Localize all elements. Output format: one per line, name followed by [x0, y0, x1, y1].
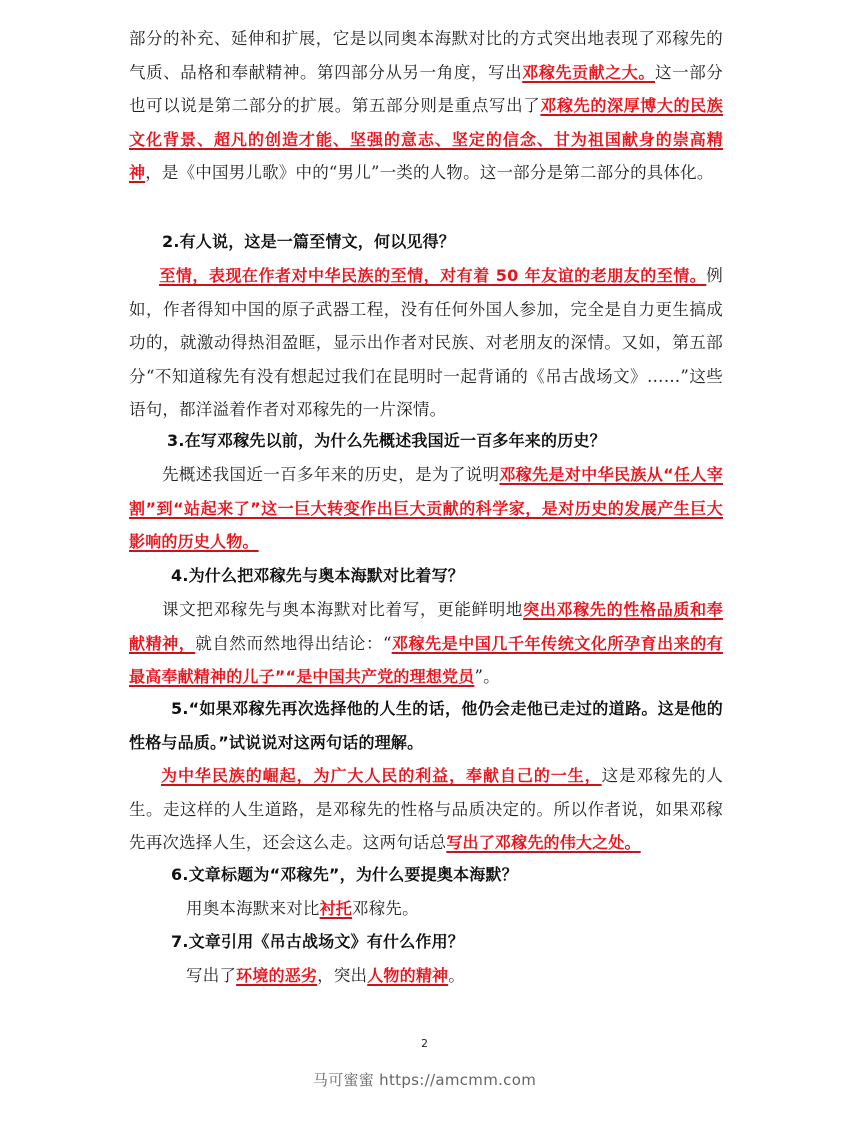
paragraph-part-summary: 部分的补充、延伸和扩展，它是以同奥本海默对比的方式突出地表现了邓稼先的气质、品格…	[129, 22, 723, 190]
answer-3: 先概述我国近一百多年来的历史，是为了说明邓稼先是对中华民族从“任人宰割”到“站起…	[129, 458, 723, 559]
question-text: 6.文章标题为“邓稼先”，为什么要提奥本海默？	[171, 865, 518, 884]
highlight-answer: 人物的精神	[367, 966, 448, 985]
question-6: 6.文章标题为“邓稼先”，为什么要提奥本海默？	[129, 858, 723, 892]
highlight-answer: 环境的恶劣	[236, 966, 317, 985]
body-text: ”。	[474, 667, 499, 686]
question-text: 5.“如果邓稼先再次选择他的人生的话，他仍会走他已走过的道路。这是他的性格与品质…	[129, 699, 723, 752]
highlight-answer: 衬托	[320, 899, 352, 918]
question-3: 3.在写邓稼先以前，为什么先概述我国近一百多年来的历史？	[129, 424, 723, 458]
question-2: 2.有人说，这是一篇至情文，何以见得？	[129, 225, 723, 259]
body-text: 邓稼先。	[352, 899, 419, 918]
document-page: 部分的补充、延伸和扩展，它是以同奥本海默对比的方式突出地表现了邓稼先的气质、品格…	[0, 0, 849, 1122]
highlight-answer: 为中华民族的崛起，为广大人民的利益，奉献自己的一生，	[161, 766, 602, 785]
body-text: 。	[448, 966, 465, 985]
page-number: 2	[0, 1037, 849, 1050]
answer-7: 写出了环境的恶劣，突出人物的精神。	[129, 959, 723, 993]
question-text: 4.为什么把邓稼先与奥本海默对比着写？	[171, 566, 464, 585]
answer-6: 用奥本海默来对比衬托邓稼先。	[129, 892, 723, 926]
body-text: 例如，作者得知中国的原子武器工程，没有任何外国人参加，完全是自力更生搞成功的，就…	[129, 266, 723, 419]
question-4: 4.为什么把邓稼先与奥本海默对比着写？	[129, 559, 723, 593]
answer-4: 课文把邓稼先与奥本海默对比着写，更能鲜明地突出邓稼先的性格品质和奉献精神，就自然…	[129, 593, 723, 694]
highlight-answer: 邓稼先贡献之大。	[522, 63, 655, 82]
answer-5: 为中华民族的崛起，为广大人民的利益，奉献自己的一生，这是邓稼先的人生。走这样的人…	[129, 759, 723, 860]
body-text: ，突出	[317, 966, 367, 985]
body-text: ，是《中国男儿歌》中的“男儿”一类的人物。这一部分是第二部分的具体化。	[145, 163, 713, 182]
body-text: 先概述我国近一百多年来的历史，是为了说明	[162, 465, 499, 484]
highlight-answer: 至情，表现在作者对中华民族的至情，对有着 50 年友谊的老朋友的至情。	[159, 266, 706, 285]
body-text: 写出了	[186, 966, 236, 985]
question-text: 3.在写邓稼先以前，为什么先概述我国近一百多年来的历史？	[167, 431, 606, 450]
watermark-link[interactable]: 马可蜜蜜 https://amcmm.com	[0, 1069, 849, 1090]
body-text: 用奥本海默来对比	[186, 899, 320, 918]
highlight-answer: 写出了邓稼先的伟大之处。	[446, 833, 640, 852]
answer-2: 至情，表现在作者对中华民族的至情，对有着 50 年友谊的老朋友的至情。例如，作者…	[129, 259, 723, 427]
body-text: 就自然而然地得出结论：“	[195, 634, 391, 653]
body-text: 课文把邓稼先与奥本海默对比着写，更能鲜明地	[162, 600, 523, 619]
question-text: 2.有人说，这是一篇至情文，何以见得？	[162, 232, 455, 251]
question-text: 7.文章引用《吊古战场文》有什么作用？	[171, 932, 464, 951]
question-5: 5.“如果邓稼先再次选择他的人生的话，他仍会走他已走过的道路。这是他的性格与品质…	[129, 692, 723, 759]
question-7: 7.文章引用《吊古战场文》有什么作用？	[129, 925, 723, 959]
